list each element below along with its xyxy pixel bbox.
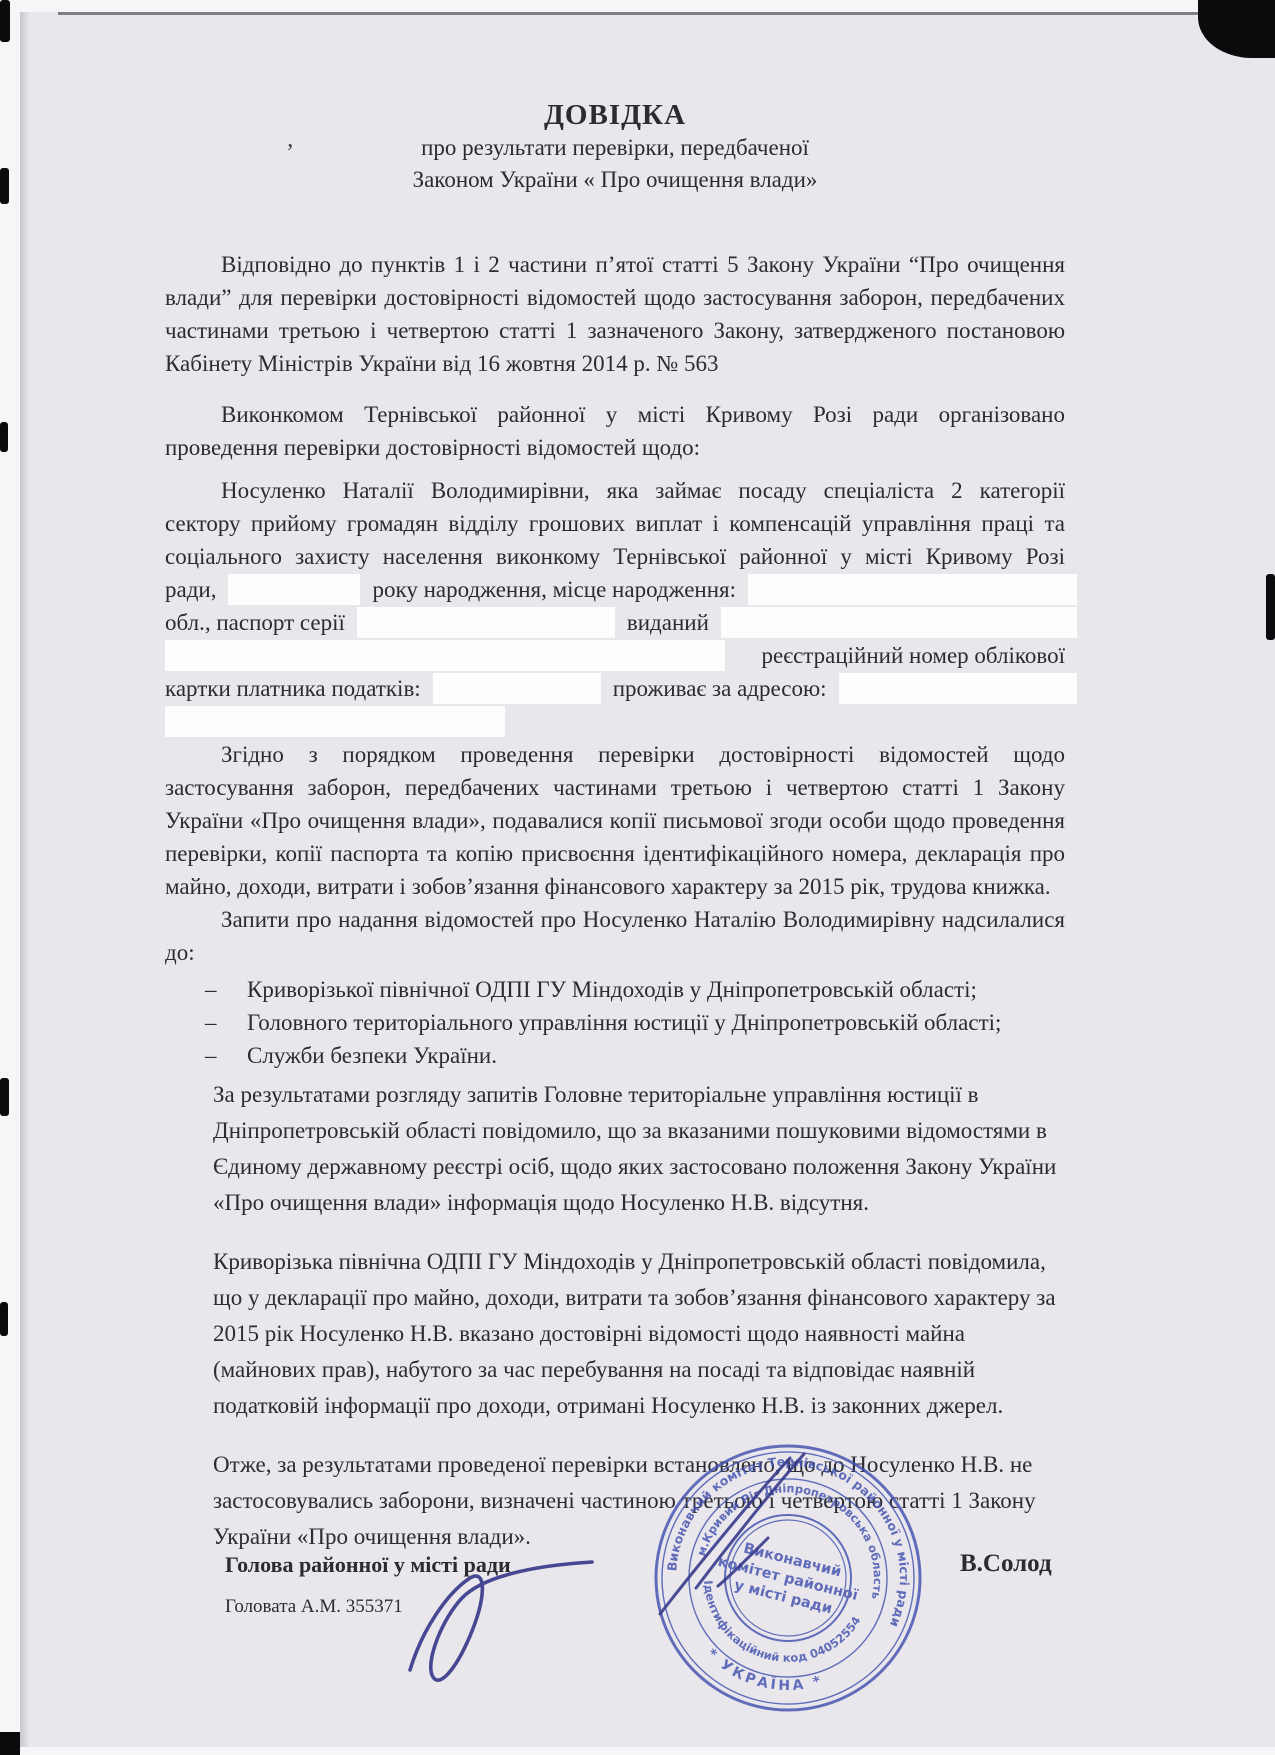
list-item-text: Криворізької північної ОДПІ ГУ Міндоході…	[247, 973, 977, 1006]
paragraph-legal-basis: Відповідно до пунктів 1 і 2 частини п’ят…	[165, 248, 1065, 380]
scan-artifact	[0, 168, 9, 204]
list-item: – Головного територіального управління ю…	[205, 1006, 1065, 1039]
pen-stroke-over-stamp	[618, 1418, 868, 1648]
list-item-text: Служби безпеки України.	[247, 1039, 497, 1072]
redacted-line-text: ради,	[165, 573, 216, 606]
redacted-line-text: проживає за адресою:	[613, 672, 827, 705]
paragraph-requests-sent: Запити про надання відомостей про Носуле…	[165, 903, 1065, 969]
redacted-line-text: року народження, місце народження:	[372, 573, 736, 606]
redaction-box	[357, 607, 615, 638]
paragraph-person-details: Носуленко Наталії Володимирівни, яка зай…	[165, 474, 1065, 738]
signer-name: В.Солод	[960, 1550, 1052, 1578]
subtitle-line: про результати перевірки, передбаченої	[165, 132, 1065, 164]
redaction-box	[433, 673, 601, 704]
dash-marker: –	[205, 1039, 247, 1072]
scan-artifact	[1266, 574, 1275, 640]
dash-marker: –	[205, 1006, 247, 1039]
dash-marker: –	[205, 973, 247, 1006]
paragraph-justice-reply: За результатами розгляду запитів Головне…	[213, 1077, 1065, 1221]
paragraph-organizer: Виконкомом Тернівської районної у місті …	[165, 398, 1065, 464]
list-item: – Криворізької північної ОДПІ ГУ Міндохо…	[205, 973, 1065, 1006]
paper-edge-line	[58, 12, 1275, 15]
redacted-line	[165, 705, 1065, 738]
subtitle-line: Законом України « Про очищення влади»	[165, 164, 1065, 196]
redacted-line: реєстраційний номер облікової	[165, 639, 1065, 672]
paper-edge-shadow	[20, 12, 30, 1747]
redacted-line-text: обл., паспорт серії	[165, 606, 345, 639]
redacted-line: ради, року народження, місце народження:	[165, 573, 1065, 606]
redaction-box	[839, 673, 1077, 704]
redaction-box	[748, 574, 1077, 605]
paragraph-tax-reply: Криворізька північна ОДПІ ГУ Міндоходів …	[213, 1244, 1065, 1424]
person-line: сектору прийому громадян відділу грошови…	[165, 507, 1065, 540]
paragraph-submitted-documents: Згідно з порядком проведення перевірки д…	[165, 738, 1065, 903]
handwritten-signature	[352, 1548, 622, 1708]
person-line: соціального захисту населення виконкому …	[165, 540, 1065, 573]
document-body: ДОВІДКА про результати перевірки, передб…	[165, 98, 1065, 1578]
list-item-text: Головного територіального управління юст…	[247, 1006, 1001, 1039]
redaction-box	[228, 574, 360, 605]
redacted-line: обл., паспорт серії виданий	[165, 606, 1065, 639]
scan-artifact	[0, 0, 10, 42]
redaction-box	[721, 607, 1077, 638]
scan-artifact	[0, 1302, 8, 1336]
scan-artifact	[0, 1732, 20, 1755]
recipients-list: – Криворізької північної ОДПІ ГУ Міндохо…	[205, 973, 1065, 1072]
redacted-line: картки платника податків: проживає за ад…	[165, 672, 1065, 705]
scan-artifact	[0, 1078, 9, 1116]
redaction-box	[165, 640, 725, 671]
redacted-line-text: картки платника податків:	[165, 672, 421, 705]
redaction-box	[165, 706, 505, 737]
person-line: Носуленко Наталії Володимирівни, яка зай…	[165, 474, 1065, 507]
scan-artifact	[0, 422, 8, 452]
list-item: – Служби безпеки України.	[205, 1039, 1065, 1072]
redacted-line-text: виданий	[627, 606, 709, 639]
redacted-line-text: реєстраційний номер облікової	[762, 639, 1066, 672]
page-title: ДОВІДКА	[165, 98, 1065, 132]
